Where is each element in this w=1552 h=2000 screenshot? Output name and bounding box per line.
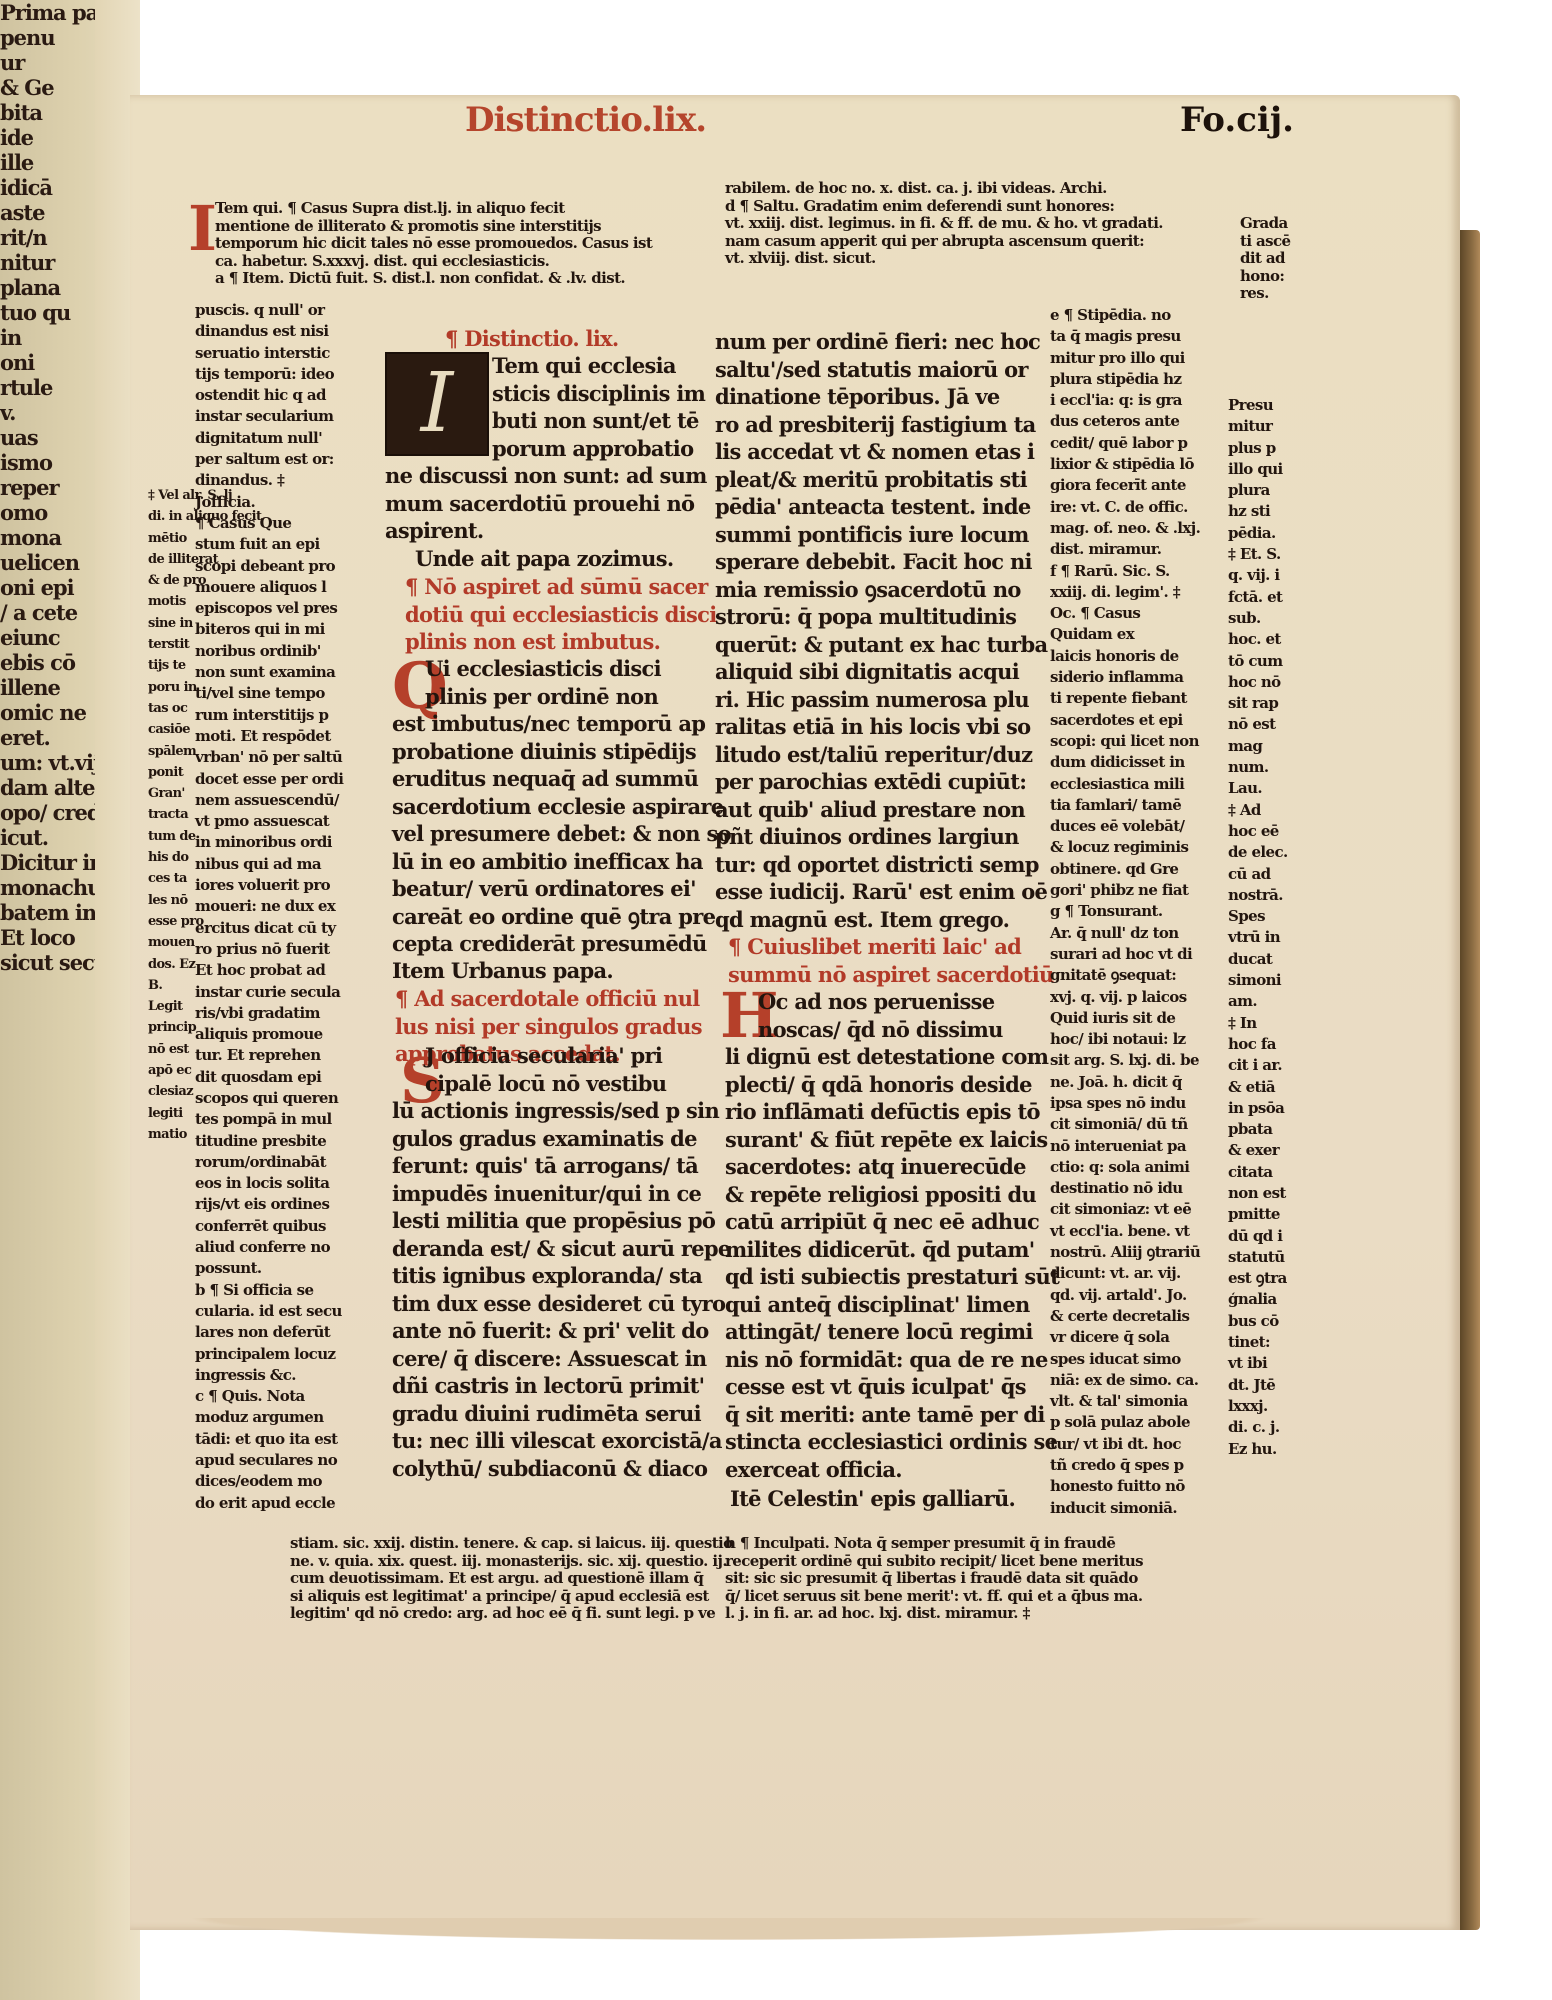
margin-note-line: ‡ Et. S. [1228,544,1288,565]
gloss-line: siderio inflamma [1050,667,1200,688]
text-line: sperare debebit. Facit hoc ni [715,548,1047,576]
gloss-line: & certe decretalis [1050,1306,1200,1327]
text-line: plinis per ordinē non [392,683,731,711]
text-line: porum approbatio [492,435,705,463]
text-line: cere/ q̄ discere: Assuescat in [392,1345,731,1373]
gloss-line: mag. of. neo. & .lxj. [1050,518,1200,539]
margin-note-line: num. [1228,757,1288,778]
margin-note-line: casiōe [148,719,261,740]
gloss-line: conferrēt quibus [195,1216,343,1237]
text-line: vel presumere debet: & non so [392,820,731,848]
text-line: gulos gradus examinatis de [392,1125,731,1153]
paragraph-hoc-ad-nos: Oc ad nos peruenisse noscas/ q̄d nō diss… [725,988,1059,1483]
margin-note-line: tijs te [148,655,261,676]
gloss-line: dist. miramur. [1050,539,1200,560]
rubric-unde-ait: Unde ait papa zozimus. [415,545,673,573]
gloss-line: eos in locis solita [195,1173,343,1194]
text-line: litudo est/taliū reperitur/duz [715,741,1047,769]
margin-note-line: q. vij. i [1228,565,1288,586]
gloss-line: l. j. in fi. ar. ad hoc. lxj. dist. mira… [725,1605,1143,1623]
gloss-line: a ¶ Item. Dictū fuit. S. dist.l. non con… [215,270,652,288]
margin-note-line: ģnalia [1228,1289,1288,1310]
margin-note-line: hoc eē [1228,821,1288,842]
rubric-line: plinis non est imbutus. [405,628,717,656]
gloss-line: dinandus est nisi [195,321,343,342]
text-line: ralitas etiā in his locis vbi so [715,713,1047,741]
text-line: per parochias extēdi cupiūt: [715,768,1047,796]
gloss-line: p solā pulaz abole [1050,1412,1200,1433]
gloss-line: vt. xlviij. dist. sicut. [725,250,1163,268]
margin-note-line: tō cum [1228,651,1288,672]
gloss-line: receperit ordinē qui subito recipit/ lic… [725,1553,1143,1571]
page-bottom-edge [130,1918,1460,1948]
gloss-line: spes iducat simo [1050,1349,1200,1370]
margin-note-line: ‡ In [1228,1013,1288,1034]
text-line: titis ignibus exploranda/ sta [392,1262,731,1290]
margin-note-line: tinet: [1228,1332,1288,1353]
text-line: strorū: q̄ popa multitudinis [715,603,1047,631]
item-urbanus: Item Urbanus papa. [392,957,613,985]
text-line: colythū/ subdiaconū & diaco [392,1455,731,1483]
gloss-line: scopi: qui licet non [1050,731,1200,752]
text-line: aliquid sibi dignitatis acqui [715,658,1047,686]
text-line: ne discussi non sunt: ad sum [385,462,707,490]
margin-note-line: nostrā. [1228,885,1288,906]
margin-note-line: am. [1228,991,1288,1012]
margin-note-line: esse pro [148,911,261,932]
text-line: pleat/& meritū probitatis sti [715,466,1047,494]
margin-note-line: Grada [1240,215,1291,233]
text-line: sacerdotes: atq inuerecūde [725,1153,1059,1181]
verso-page-fragment: Prima papenuur& Gebitaideilleidicāasteri… [0,0,140,2000]
gloss-line: niā: ex de simo. ca. [1050,1370,1200,1391]
text-line: Oc ad nos peruenisse [725,988,1059,1016]
gloss-line: tia famlari/ tamē [1050,795,1200,816]
gloss-line: ctio: q: sola animi [1050,1157,1200,1178]
gloss-line: xxiij. di. legim'. ‡ [1050,582,1200,603]
margin-note-line: motis [148,591,261,612]
margin-note-line: tracta [148,804,261,825]
gloss-line: tñ credo q̄ spes p [1050,1455,1200,1476]
gloss-line: stiam. sic. xxij. distin. tenere. & cap.… [290,1535,733,1553]
margin-note-line: hoc nō [1228,672,1288,693]
gloss-line: mentione de illiterato & promotis sine i… [215,218,652,236]
text-line: lis accedat vt & nomen etas i [715,438,1047,466]
paragraph-qui-ecclesiasticis: Ui ecclesiasticis disci plinis per ordin… [392,655,731,958]
margin-note-line: simoni [1228,970,1288,991]
text-line: ri. Hic passim numerosa plu [715,686,1047,714]
margin-note-line: di. in aliquo fecit [148,506,261,527]
text-line: qd isti subiectis prestaturi sūt [725,1263,1059,1291]
gloss-line: vt. xxiij. dist. legimus. in fi. & ff. d… [725,215,1163,233]
gloss-line: inducit simoniā. [1050,1498,1200,1519]
text-line: nis nō formidāt: qua de re ne [725,1346,1059,1374]
woodcut-initial-i: I [385,352,489,456]
distinctio-heading: ¶ Distinctio. lix. [445,325,619,353]
item-celestinus: Itē Celestin' epis galliarū. [730,1485,1015,1513]
margin-note-line: citata [1228,1162,1288,1183]
margin-note-line: mag [1228,736,1288,757]
gloss-line: dum didicisset in [1050,752,1200,773]
margin-note-line: hoc. et [1228,629,1288,650]
gloss-line: d ¶ Saltu. Gradatim enim deferendi sunt … [725,198,1163,216]
text-line: cepta crediderāt presumēdū [392,930,731,958]
gloss-top-left: Tem qui. ¶ Casus Supra dist.lj. in aliqu… [215,200,652,288]
gloss-line: honesto fuitto nō [1050,1476,1200,1497]
gloss-line: sit arg. S. lxj. di. be [1050,1050,1200,1071]
gloss-line: seruatio interstic [195,343,343,364]
margin-note-line: terstit [148,634,261,655]
margin-note-line: ducat [1228,949,1288,970]
margin-note-line: clesiaz [148,1081,261,1102]
margin-note-line: tum de [148,826,261,847]
margin-note-line: nō est [1228,714,1288,735]
gloss-line: b ¶ Si officia se [195,1280,343,1301]
text-line: milites didicerūt. q̄d putam' [725,1236,1059,1264]
text-line: J officia secularia' pri [392,1042,731,1070]
rubric-line: ¶ Nō aspiret ad sūmū sacer [405,573,717,601]
gloss-line: duces eē volebāt/ [1050,816,1200,837]
gloss-line: nō interueniat pa [1050,1136,1200,1157]
gloss-line: g ¶ Tonsurant. [1050,901,1200,922]
margin-note-line: ponit [148,762,261,783]
gloss-line: destinatio nō idu [1050,1178,1200,1199]
text-line: mia remissio ꝯsacerdotū no [715,576,1047,604]
gloss-line: dus ceteros ante [1050,411,1200,432]
text-line: noscas/ q̄d nō dissimu [725,1016,1059,1044]
folio-number: Fo.cij. [1180,100,1294,140]
margin-note-line: dos. Ez [148,954,261,975]
text-line: tu: nec illi vilescat exorcistā/a [392,1427,731,1455]
gloss-line: vlt. & tal' simonia [1050,1391,1200,1412]
gloss-bottom-right: h ¶ Inculpati. Nota q̄ semper presumit q… [725,1535,1143,1623]
margin-note-line: B. [148,975,261,996]
margin-note-line: res. [1240,285,1291,303]
text-line: querūt: & putant ex hac turba [715,631,1047,659]
margin-note-line: sub. [1228,608,1288,629]
gloss-line: dicunt: vt. ar. vij. [1050,1263,1200,1284]
gloss-line: dices/eodem mo [195,1471,343,1492]
text-line: qd magnū est. Item grego. [715,906,1047,934]
gloss-line: do erit apud eccle [195,1493,343,1514]
gloss-line: cit simoniā/ dū tñ [1050,1114,1200,1135]
text-line: dinatione tēporibus. Jā ve [715,383,1047,411]
margin-note-line: dū qd i [1228,1226,1288,1247]
main-col2-text: num per ordinē fieri: nec hocsaltu'/sed … [715,328,1047,933]
margin-note-line: vtrū in [1228,927,1288,948]
gloss-line: temporum hic dicit tales nō esse promoue… [215,235,652,253]
gloss-line: ecclesiastica mili [1050,774,1200,795]
margin-note-line: Legit [148,996,261,1017]
gloss-line: tādi: et quo ita est [195,1429,343,1450]
text-line: lesti militia que propēsius pō [392,1207,731,1235]
gloss-line: ipsa spes nō indu [1050,1093,1200,1114]
margin-note-line: dit ad [1240,250,1291,268]
gloss-line: rorum/ordinabāt [195,1152,343,1173]
text-line: Ui ecclesiasticis disci [392,655,731,683]
text-line: buti non sunt/et tē [492,407,705,435]
gloss-line: e ¶ Stipēdia. no [1050,305,1200,326]
gloss-line: cedit/ quē labor p [1050,433,1200,454]
margin-note-line: sine in [148,613,261,634]
gloss-right-column: e ¶ Stipēdia. nota q̄ magis presumitur p… [1050,305,1200,1519]
margin-note-line: ces ta [148,868,261,889]
text-line: plecti/ q̄ qdā honoris deside [725,1071,1059,1099]
text-line: li dignū est detestatione com [725,1043,1059,1071]
gloss-line: si aliquis est legitimat' a principe/ q̄… [290,1588,733,1606]
gloss-line: ti repente fiebant [1050,688,1200,709]
text-line: pñt diuinos ordines largiun [715,823,1047,851]
margin-note-line: hoc fa [1228,1034,1288,1055]
margin-note-line: di. c. j. [1228,1417,1288,1438]
text-line: dñi castris in lectorū primit' [392,1372,731,1400]
margin-note-line: poru in [148,677,261,698]
gloss-line: cularia. id est secu [195,1301,343,1322]
text-line: saltu'/sed statutis maiorū or [715,356,1047,384]
gloss-line: ta q̄ magis presu [1050,326,1200,347]
rubric-line: ¶ Cuiuslibet meriti laic' ad [728,933,1054,961]
gloss-line: ingressis &c. [195,1365,343,1386]
margin-note-line: statutū [1228,1247,1288,1268]
margin-note-line: Spes [1228,906,1288,927]
gloss-line: nam casum apperit qui per abrupta ascens… [725,233,1163,251]
text-line: sticis disciplinis im [492,380,705,408]
text-line: & repēte religiosi ppositi du [725,1181,1059,1209]
main-col1-intro-continued: ne discussi non sunt: ad summum sacerdot… [385,462,707,545]
gloss-line: nostrū. Aliij ꝯtrariū [1050,1242,1200,1263]
gloss-line: q̄/ licet seruus sit bene merit': vt. ff… [725,1588,1143,1606]
gloss-line: qd. vij. artald'. Jo. [1050,1285,1200,1306]
margin-note-line: dt. Jtē [1228,1375,1288,1396]
margin-note-line: apō ec [148,1060,261,1081]
rubric-no-aspiret: ¶ Nō aspiret ad sūmū sacerdotiū qui eccl… [405,573,717,656]
text-line: ferunt: quis' tā arrogans/ tā [392,1152,731,1180]
margin-note-line: in psōa [1228,1098,1288,1119]
text-line: ro ad presbiterij fastigium ta [715,411,1047,439]
text-line: impudēs inuenitur/qui in ce [392,1180,731,1208]
margin-note-line: sit rap [1228,693,1288,714]
gloss-line: i eccl'ia: q: is gra [1050,390,1200,411]
text-line: tim dux esse desideret cū tyro [392,1290,731,1318]
margin-note-line: illo qui [1228,459,1288,480]
gloss-line: puscis. q null' or [195,300,343,321]
gloss-line: per saltum est or: [195,449,343,470]
margin-note-line: ‡ Ad [1228,800,1288,821]
gloss-line: ne. Joā. h. dicit q̄ [1050,1072,1200,1093]
gloss-line: principalem locuz [195,1344,343,1365]
margin-note-line: non est [1228,1183,1288,1204]
gloss-line: xvj. q. vij. p laicos [1050,987,1200,1008]
gloss-line: Oc. ¶ Casus [1050,603,1200,624]
gloss-line: legitim' qd nō credo: arg. ad hoc eē q̄ … [290,1605,733,1623]
gloss-line: vt eccl'ia. bene. vt [1050,1221,1200,1242]
margin-note-line: Lau. [1228,778,1288,799]
margin-note-line: his do [148,847,261,868]
text-line: q̄ sit meriti: ante tamē per di [725,1401,1059,1429]
margin-note-line: mouen [148,932,261,953]
text-line: gradu diuini rudimēta serui [392,1400,731,1428]
text-line: aut quib' aliud prestare non [715,796,1047,824]
text-line: ante nō fuerit: & pri' velit do [392,1317,731,1345]
margin-note-line: & exer [1228,1140,1288,1161]
main-col1-intro: Tem qui ecclesiasticis disciplinis imbut… [492,352,705,462]
gloss-line: cit simoniaz: vt eē [1050,1199,1200,1220]
rubric-line: ¶ Ad sacerdotale officiū nul [395,985,702,1013]
gloss-top-margin-note: Gradati ascēdit adhono:res. [1240,215,1291,303]
gloss-line: Quid iuris sit de [1050,1008,1200,1029]
gloss-bottom-left: stiam. sic. xxij. distin. tenere. & cap.… [290,1535,733,1623]
text-line: cipalē locū nō vestibu [392,1070,731,1098]
gloss-line: plura stipēdia hz [1050,369,1200,390]
gloss-line: Quidam ex [1050,624,1200,645]
gloss-line: cum deuotissimam. Et est argu. ad questi… [290,1570,733,1588]
text-line: exerceat officia. [725,1456,1059,1484]
gloss-line: giora fecerīt ante [1050,475,1200,496]
gloss-line: dignitatum null' [195,428,343,449]
gloss-line: laicis honoris de [1050,646,1200,667]
text-line: cesse est vt q̄uis iculpat' q̄s [725,1373,1059,1401]
gloss-line: h ¶ Inculpati. Nota q̄ semper presumit q… [725,1535,1143,1553]
gloss-line: ire: vt. C. de offic. [1050,497,1200,518]
gloss-line: ostendit hic q ad [195,385,343,406]
paragraph-si-officia: J officia secularia' pri cipalē locū nō … [392,1042,731,1482]
margin-note-line: matio [148,1124,261,1145]
margin-note-line: est ꝯtra [1228,1268,1288,1289]
gloss-line: instar secularium [195,406,343,427]
text-line: pēdia' anteacta testent. inde [715,493,1047,521]
text-line: sacerdotium ecclesie aspirare [392,793,731,821]
text-line: Tem qui ecclesia [492,352,705,380]
gloss-line: vr dicere q̄ sola [1050,1327,1200,1348]
text-line: attingāt/ tenere locū regimi [725,1318,1059,1346]
margin-note-line: vt ibi [1228,1353,1288,1374]
text-line: tur: qd oportet districti semp [715,851,1047,879]
margin-note-line: & etiā [1228,1077,1288,1098]
margin-note-line: Ez hu. [1228,1439,1288,1460]
text-line: stincta ecclesiastici ordinis se [725,1428,1059,1456]
gloss-line: surari ad hoc vt di [1050,944,1200,965]
margin-note-line: pēdia. [1228,523,1288,544]
text-line: probatione diuinis stipēdijs [392,738,731,766]
gloss-line: apud seculares no [195,1450,343,1471]
text-line: num per ordinē fieri: nec hoc [715,328,1047,356]
gloss-line: possunt. [195,1258,343,1279]
text-line: deranda est/ & sicut aurū repe [392,1235,731,1263]
gloss-line: lixior & stipēdia lō [1050,454,1200,475]
gloss-line: tijs temporū: ideo [195,364,343,385]
margin-note-line: bus cō [1228,1311,1288,1332]
margin-note-line: cit i ar. [1228,1055,1288,1076]
margin-note-line: ti ascē [1240,233,1291,251]
margin-note-line: cū ad [1228,864,1288,885]
margin-note-line: spālem [148,741,261,762]
text-line: est imbutus/nec temporū ap [392,710,731,738]
text-line: aspirent. [385,517,707,545]
margin-note-line: de illiterat [148,549,261,570]
gloss-line: gnitatē ꝯsequat: [1050,965,1200,986]
margin-note-line: plura [1228,480,1288,501]
gloss-line: aliud conferre no [195,1237,343,1258]
margin-note-line: ‡ Vel alr. S. lj [148,485,261,506]
gloss-top-right: rabilem. de hoc no. x. dist. ca. j. ibi … [725,180,1163,268]
margin-note-line: plus p [1228,438,1288,459]
gloss-line: Ar. q̄ null' dz ton [1050,923,1200,944]
gloss-line: rijs/vt eis ordines [195,1194,343,1215]
gloss-line: obtinere. qd Gre [1050,859,1200,880]
text-line: lū in eo ambitio inefficax ha [392,848,731,876]
margin-note-line: mitur [1228,416,1288,437]
gloss-line: sit: sic sic presumit q̄ libertas i frau… [725,1570,1143,1588]
text-line: catū arripiūt q̄ nec eē adhuc [725,1208,1059,1236]
margin-note-line: les nō [148,890,261,911]
margin-note-line: & de pro [148,570,261,591]
margin-note-line: mētio [148,528,261,549]
gloss-line: sacerdotes et epi [1050,710,1200,731]
gloss-line: c ¶ Quis. Nota [195,1386,343,1407]
rubric-line: dotiū qui ecclesiasticis disci [405,601,717,629]
margin-note-line: fctā. et [1228,587,1288,608]
gloss-left-margin-notes: ‡ Vel alr. S. ljdi. in aliquo fecitmētio… [148,485,261,1145]
margin-note-line: pmitte [1228,1204,1288,1225]
gloss-line: lares non deferūt [195,1322,343,1343]
margin-note-line: Presu [1228,395,1288,416]
running-head: Distinctio.lix. [465,100,706,140]
text-line: mum sacerdotiū prouehi nō [385,490,707,518]
rubricated-initial-i: I [188,198,217,260]
gloss-line: rabilem. de hoc no. x. dist. ca. j. ibi … [725,180,1163,198]
gloss-line: Tem qui. ¶ Casus Supra dist.lj. in aliqu… [215,200,652,218]
gloss-line: hoc/ ibi notaui: lz [1050,1029,1200,1050]
gloss-right-margin-notes: Presumiturplus pillo quiplurahz stipēdia… [1228,395,1288,1460]
margin-note-line: tas oc [148,698,261,719]
margin-note-line: Gran' [148,783,261,804]
text-line: eruditus nequaq̄ ad summū [392,765,731,793]
margin-note-line: princip [148,1017,261,1038]
margin-note-line: pbata [1228,1119,1288,1140]
margin-note-line: de elec. [1228,842,1288,863]
margin-note-line: legiti [148,1103,261,1124]
gloss-line: ne. v. quia. xix. quest. iij. monasterij… [290,1553,733,1571]
rubric-line: lus nisi per singulos gradus [395,1013,702,1041]
gloss-line: ca. habetur. S.xxxvj. dist. qui ecclesia… [215,253,652,271]
text-line: surant' & fiūt repēte ex laicis [725,1126,1059,1154]
text-line: careāt eo ordine quē ꝯtra pre [392,903,731,931]
text-line: qui anteq̄ disciplinat' limen [725,1291,1059,1319]
text-line: rio inflāmati defūctis epis tō [725,1098,1059,1126]
gloss-line: mitur pro illo qui [1050,348,1200,369]
margin-note-line: lxxxj. [1228,1396,1288,1417]
text-line: esse iudicij. Rarū' est enim oē [715,878,1047,906]
gloss-line: tur/ vt ibi dt. hoc [1050,1434,1200,1455]
text-line: beatur/ verū ordinatores ei' [392,875,731,903]
gloss-line: moduz argumen [195,1407,343,1428]
text-line: summi pontificis iure locum [715,521,1047,549]
gloss-line: & locuz regiminis [1050,837,1200,858]
text-line: lū actionis ingressis/sed p sin [392,1097,731,1125]
margin-note-line: hz sti [1228,501,1288,522]
margin-note-line: hono: [1240,268,1291,286]
gloss-line: gori' phibz ne fiat [1050,880,1200,901]
margin-note-line: nō est [148,1039,261,1060]
gloss-line: f ¶ Rarū. Sic. S. [1050,561,1200,582]
